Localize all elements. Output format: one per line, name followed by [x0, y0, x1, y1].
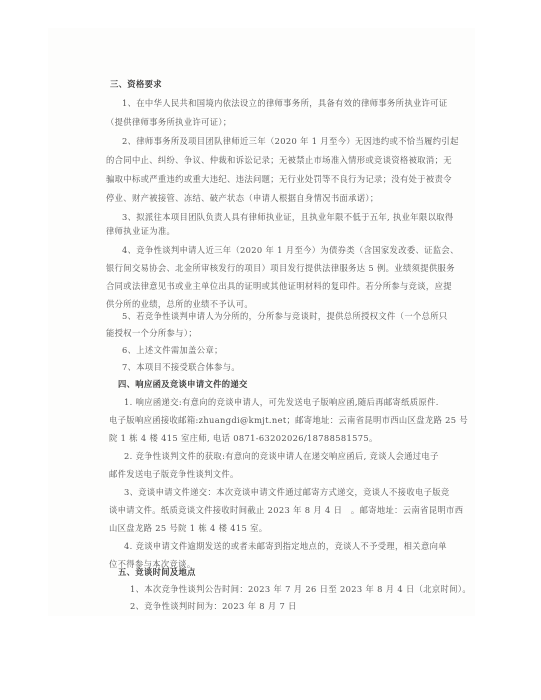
text-line: 2、竞争性谈判时间为：2023 年 8 月 7 日 [130, 600, 297, 612]
text-line: 的合同中止、纠纷、争议、仲裁和诉讼记录；无被禁止市场准入情形或竞谈资格被取消；无 [106, 154, 452, 166]
text-line: 4、竞争性谈判申请人近三年（2020 年 1 月至今）为债券类（含国家发改委、证… [122, 244, 459, 256]
text-line: 5、若竞争性谈判申请人为分所的，分所参与竞谈时，提供总所授权文件（一个总所只 [122, 310, 448, 322]
text-line: 供分所的业绩，总所的业绩不予认可。 [106, 298, 253, 310]
text-line: 4. 竞谈申请文件逾期发送的或者未邮寄到指定地点的，竞谈人不予受理，相关意向单 [124, 540, 447, 552]
text-line: 能授权一个分所参与）； [106, 327, 197, 339]
text-line: 谈申请文件。纸质竞谈文件接收时间截止 2023 年 8 月 4 日 。邮寄地址：… [109, 504, 463, 516]
section-heading-qualifications: 三、资格要求 [110, 78, 162, 90]
text-line: 2、律师事务所及项目团队律师近三年（2020 年 1 月至今）无因违约或不恰当履… [122, 135, 459, 147]
text-line: 骗取中标或严重违约或重大违纪、违法问题；无行业处罚等不良行为记录；没有处于被责令 [106, 173, 452, 185]
text-line: 电子版响应函接收邮箱:zhuangdi@kmjt.net；邮寄地址：云南省昆明市… [109, 414, 468, 426]
text-line: 停业、财产被接管、冻结、破产状态（申请人根据自身情况书面承诺）； [106, 192, 379, 204]
text-line: 1. 响应函递交:有意向的竞谈申请人，可先发送电子版响应函,随后再邮寄纸质原件. [124, 396, 439, 408]
text-line: 山区盘龙路 25 号院 1 栋 4 楼 415 室。 [109, 522, 267, 534]
text-line: 邮件发送电子版竞争性谈判文件。 [109, 468, 239, 480]
text-line: 3、竞谈申请文件递交：本次竞谈申请文件通过邮寄方式递交，竞谈人不接收电子版竞 [124, 486, 450, 498]
text-line: （提供律师事务所执业许可证）； [106, 116, 232, 128]
text-line: 合同或法律意见书或业主单位出具的证明或其他证明材料的复印件。若分所参与竞谈，应提 [106, 280, 452, 292]
text-line: 院 1 栋 4 楼 415 室庄师, 电话 0871-63202026/1878… [109, 432, 378, 444]
text-line: 6、上述文件需加盖公章； [122, 344, 223, 356]
text-line: 银行间交易协会、北金所审核发行的项目）项目发行提供法律服务达 5 例。业绩须提供… [106, 262, 455, 274]
section-heading-submission: 四、响应函及竞谈申请文件的递交 [118, 378, 248, 390]
text-line: 2. 竞争性谈判文件的获取:有意向的竞谈申请人在递交响应函后, 竞谈人会通过电子 [124, 450, 439, 462]
section-heading-time-location: 五、竞谈时间及地点 [118, 566, 196, 578]
text-line: 1、本次竞争性谈判公告时间：2023 年 7 月 26 日至 2023 年 8 … [130, 583, 471, 595]
text-line: 1、在中华人民共和国境内依法设立的律师事务所，具备有效的律师事务所执业许可证 [122, 97, 448, 109]
text-line: 7、本项目不接受联合体参与。 [122, 361, 240, 373]
text-line: 3、拟派往本项目团队负责人具有律师执业证，且执业年限不低于五年, 执业年限以取得 [122, 211, 454, 223]
text-line: 律师执业证为准。 [106, 225, 175, 237]
